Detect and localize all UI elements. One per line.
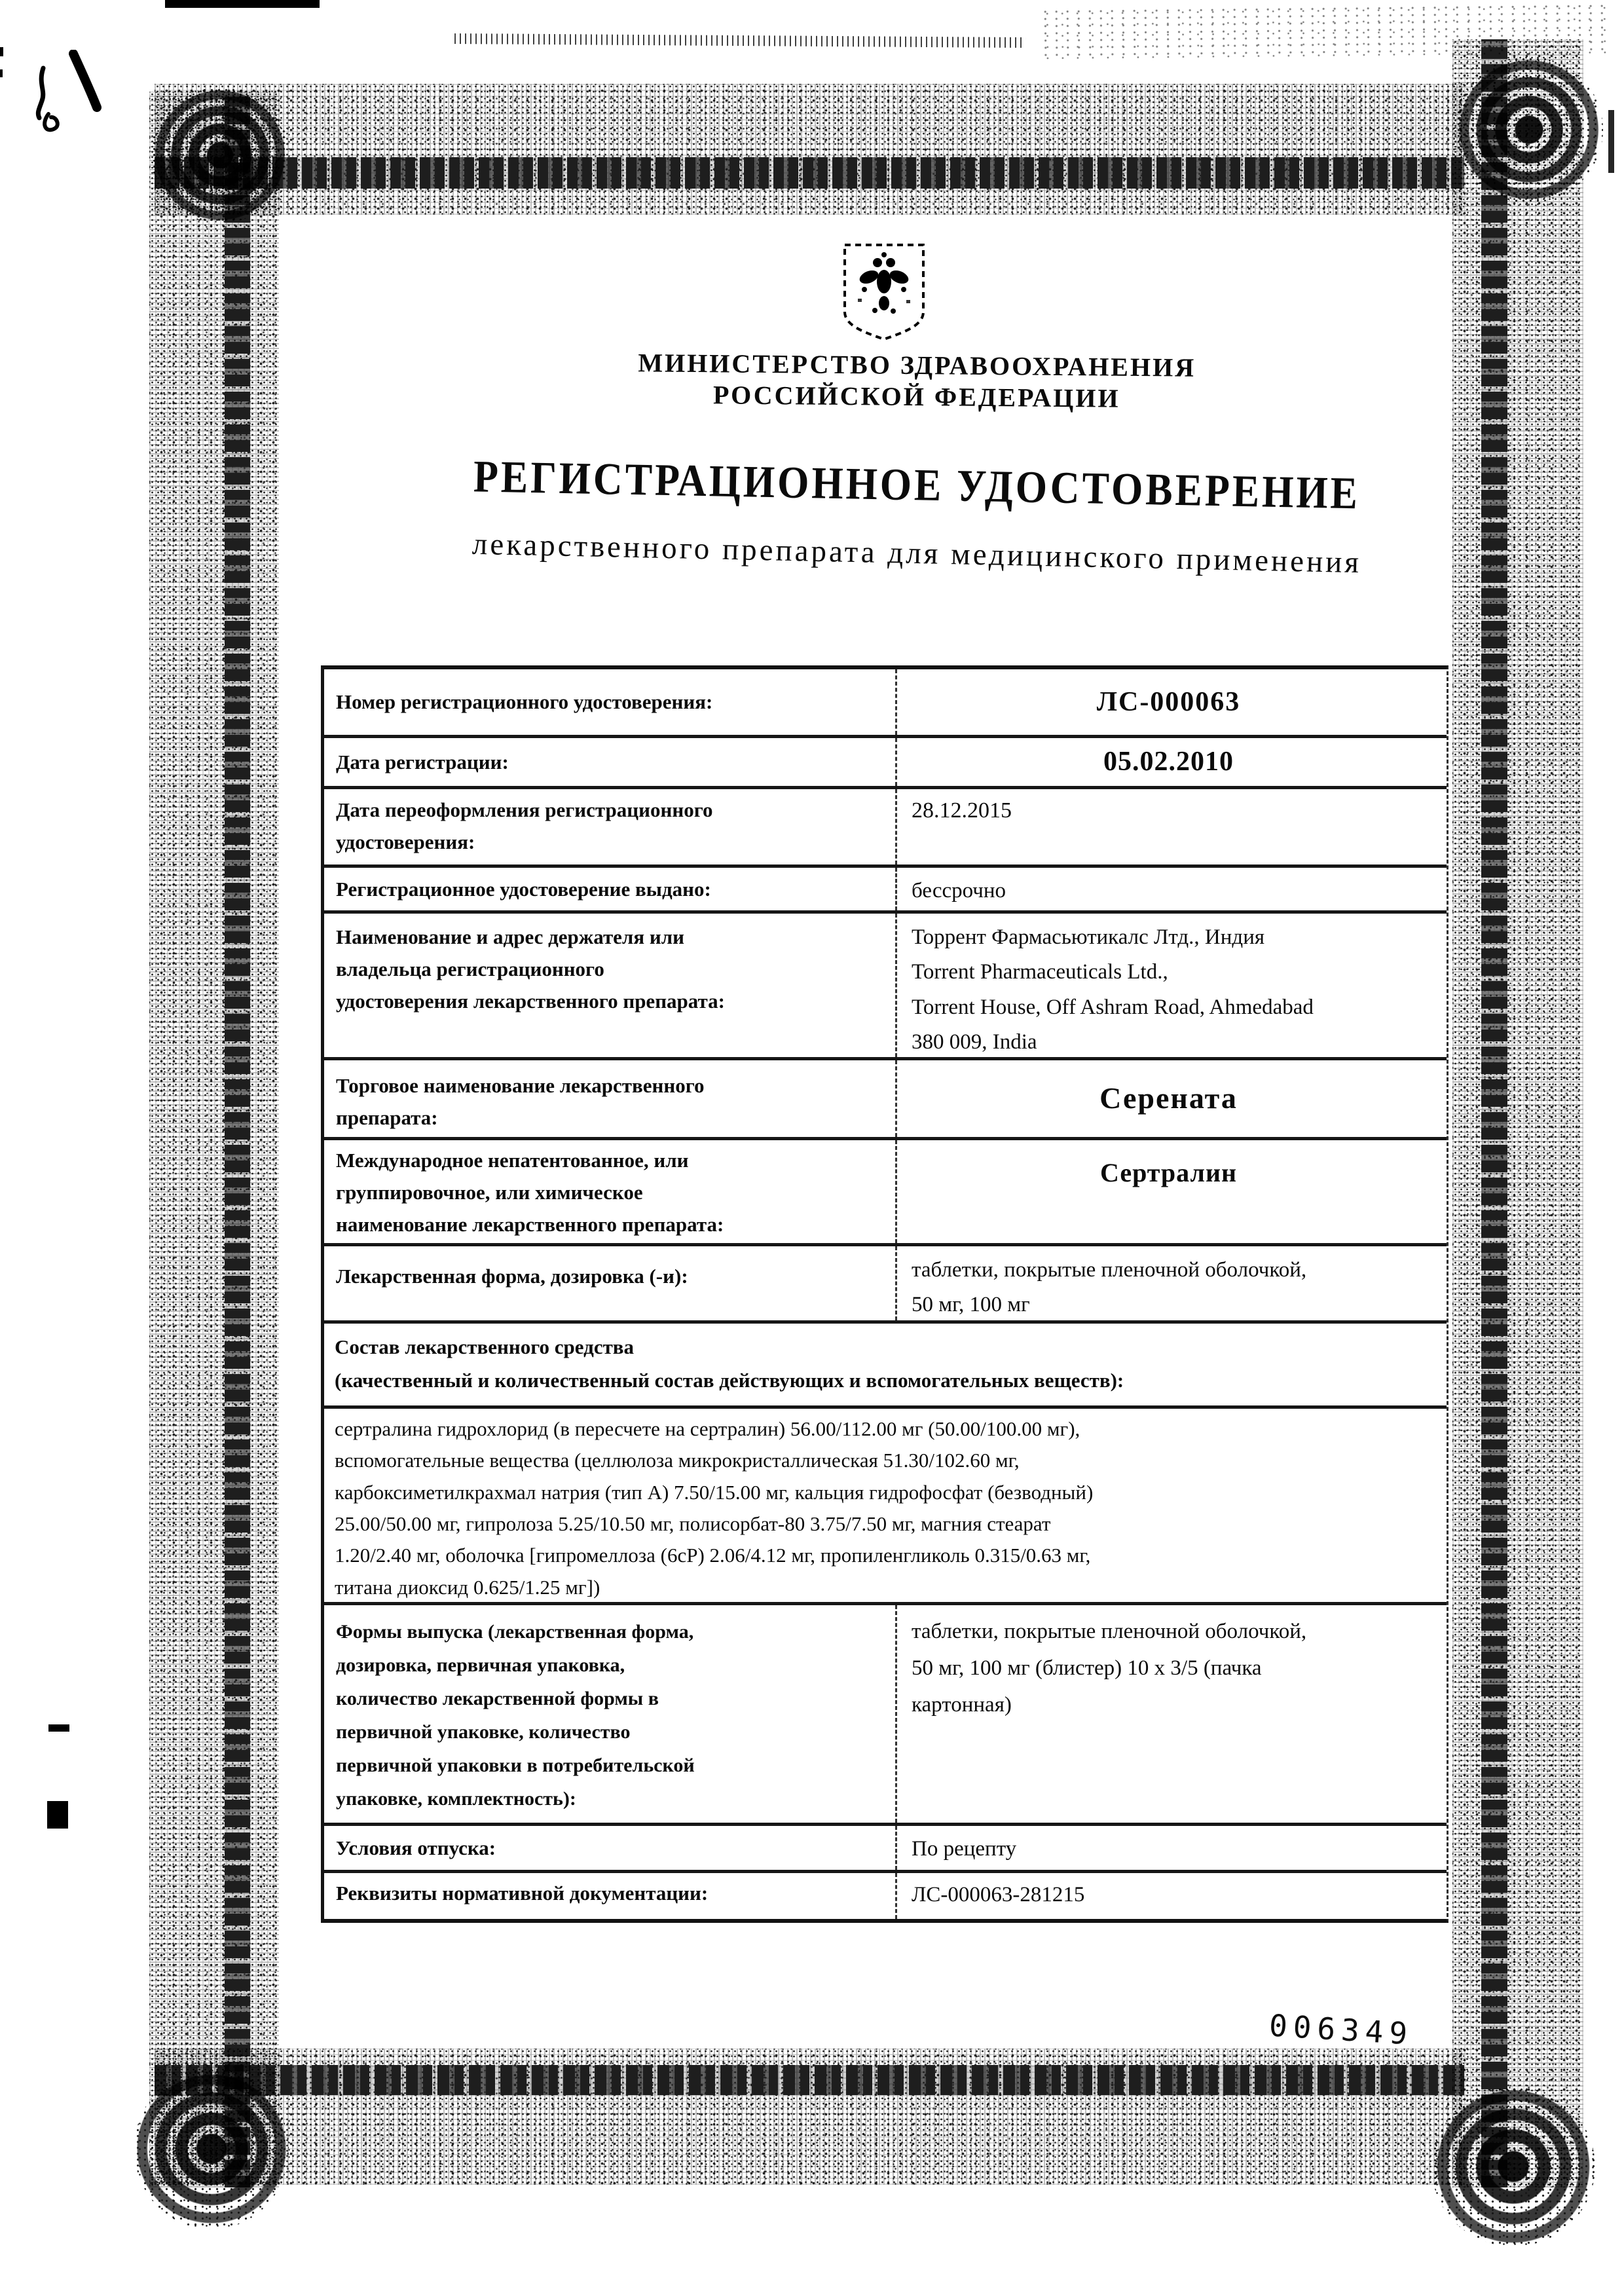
page-title: РЕГИСТРАЦИОННОЕ УДОСТОВЕРЕНИЕ	[222, 446, 1611, 525]
row-value: ЛС-000063-281215	[895, 1873, 1447, 1919]
row-label: Регистрационное удостоверение выдано:	[324, 868, 895, 910]
scan-artifact-edge-chip	[0, 47, 3, 56]
table-row-composition-body: сертралина гидрохлорид (в пересчете на с…	[324, 1409, 1447, 1605]
row-label: Наименование и адрес держателя или владе…	[324, 914, 895, 1057]
table-row-composition-header: Состав лекарственного средства (качестве…	[324, 1324, 1447, 1409]
coat-of-arms-icon	[838, 241, 930, 344]
page-subtitle: лекарственного препарата для медицинског…	[223, 521, 1612, 586]
table-row-holder: Наименование и адрес держателя или владе…	[324, 914, 1447, 1060]
scan-artifact-top-bar	[165, 0, 320, 8]
table-row-release-forms: Формы выпуска (лекарственная форма, дози…	[324, 1605, 1447, 1826]
ministry-header: МИНИСТЕРСТВО ЗДРАВООХРАНЕНИЯ РОССИЙСКОЙ …	[262, 344, 1572, 418]
row-value: Торрент Фармасьютикалс Лтд., Индия Torre…	[895, 914, 1447, 1057]
table-row-number: Номер регистрационного удостоверения: ЛС…	[324, 669, 1447, 738]
serial-number-stamp: 006349	[1268, 2007, 1414, 2051]
composition-body: сертралина гидрохлорид (в пересчете на с…	[324, 1409, 1447, 1603]
row-value: 28.12.2015	[895, 789, 1447, 865]
row-label: Дата регистрации:	[324, 738, 895, 786]
row-value: По рецепту	[895, 1826, 1447, 1870]
row-label: Условия отпуска:	[324, 1826, 895, 1870]
table-row-reg-date: Дата регистрации: 05.02.2010	[324, 738, 1447, 789]
border-ornament-top	[155, 84, 1464, 215]
row-label: Лекарственная форма, дозировка (-и):	[324, 1246, 895, 1320]
row-value: ЛС-000063	[895, 669, 1447, 735]
row-label: Формы выпуска (лекарственная форма, дози…	[324, 1605, 895, 1823]
table-row-dispensing: Условия отпуска: По рецепту	[324, 1826, 1447, 1873]
row-label: Дата переоформления регистрационного удо…	[324, 789, 895, 865]
table-row-normative-docs: Реквизиты нормативной документации: ЛС-0…	[324, 1873, 1447, 1919]
row-value: таблетки, покрытые пленочной оболочкой, …	[895, 1246, 1447, 1320]
table-row-trade-name: Торговое наименование лекарственного пре…	[324, 1060, 1447, 1140]
row-value: Серената	[895, 1060, 1447, 1137]
row-value: Сертралин	[895, 1140, 1447, 1243]
scanned-certificate-page: МИНИСТЕРСТВО ЗДРАВООХРАНЕНИЯ РОССИЙСКОЙ …	[0, 0, 1624, 2287]
scan-artifact-dotted-line	[454, 33, 1025, 48]
row-value: 05.02.2010	[895, 738, 1447, 786]
scan-artifact-top-right-noise	[1040, 2, 1609, 59]
table-row-validity: Регистрационное удостоверение выдано: бе…	[324, 868, 1447, 914]
scan-artifact-edge-chip	[0, 69, 3, 77]
registration-table: Номер регистрационного удостоверения: ЛС…	[321, 665, 1449, 1923]
row-label: Международное непатентованное, или групп…	[324, 1140, 895, 1243]
corner-ornament-bottom-right	[1431, 2087, 1595, 2246]
row-label: Номер регистрационного удостоверения:	[324, 669, 895, 735]
table-row-reissue-date: Дата переоформления регистрационного удо…	[324, 789, 1447, 868]
composition-header: Состав лекарственного средства (качестве…	[324, 1324, 1447, 1398]
row-label: Торговое наименование лекарственного пре…	[324, 1060, 895, 1137]
scan-artifact-right-edge-line	[1608, 110, 1614, 173]
row-label: Реквизиты нормативной документации:	[324, 1873, 895, 1919]
table-row-inn: Международное непатентованное, или групп…	[324, 1140, 1447, 1246]
margin-dash-mark	[48, 1724, 69, 1732]
border-ornament-bottom	[155, 2049, 1464, 2185]
margin-square-mark	[47, 1801, 68, 1829]
pen-scribble-icon	[24, 50, 107, 141]
row-value: бессрочно	[895, 868, 1447, 910]
row-value: таблетки, покрытые пленочной оболочкой, …	[895, 1605, 1447, 1823]
table-row-dosage-form: Лекарственная форма, дозировка (-и): таб…	[324, 1246, 1447, 1324]
corner-ornament-top-right	[1455, 56, 1603, 203]
corner-ornament-bottom-left	[134, 2068, 289, 2229]
corner-ornament-top-left	[151, 87, 289, 223]
border-ornament-left	[149, 92, 279, 2187]
